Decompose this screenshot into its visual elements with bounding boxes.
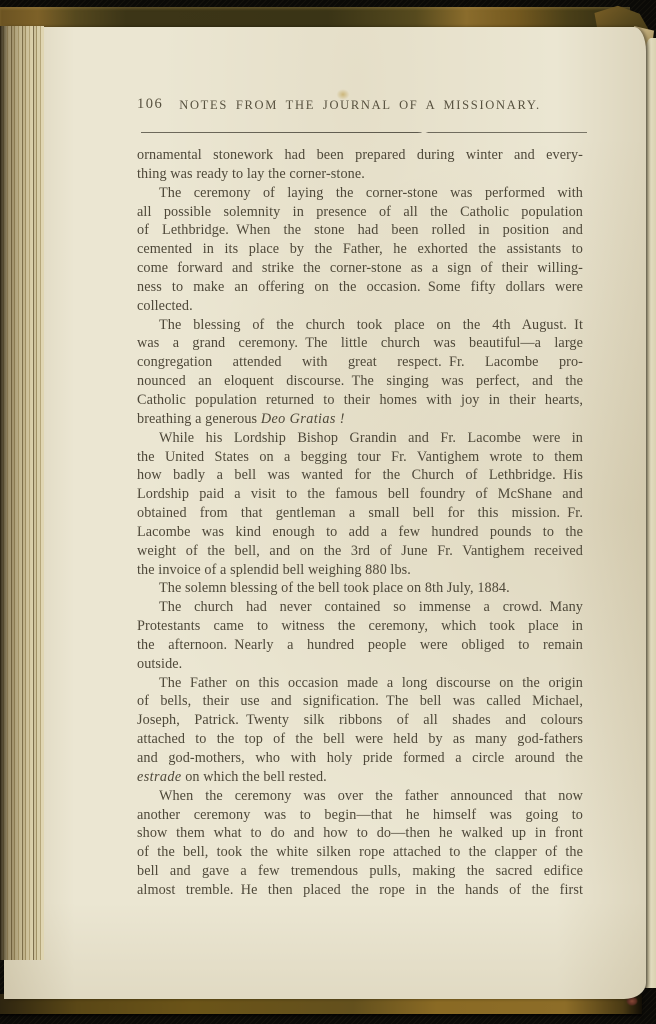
text-line: attached to the top of the bell were hel… (137, 730, 583, 749)
running-header-title: NOTES FROM THE JOURNAL OF A MISSIONARY. (137, 98, 583, 113)
text-line: thing was ready to lay the corner-stone. (137, 165, 583, 184)
text-line: Joseph, Patrick. Twenty silk ribbons of … (137, 711, 583, 730)
text-line: The church had never contained so immens… (137, 598, 583, 617)
paragraph: While his Lordship Bishop Grandin and Fr… (137, 429, 583, 580)
text-line: of the bell, took the white silken rope … (137, 843, 583, 862)
text-line: almost tremble. He then placed the rope … (137, 881, 583, 900)
text-line: collected. (137, 297, 583, 316)
text-line: While his Lordship Bishop Grandin and Fr… (137, 429, 583, 448)
text-line: When the ceremony was over the father an… (137, 787, 583, 806)
text-line: cemented in its place by the Father, he … (137, 240, 583, 259)
text-line: was a grand ceremony. The little church … (137, 334, 583, 353)
text-line: Lacombe was kind enough to add a few hun… (137, 523, 583, 542)
paragraph: ornamental stonework had been prepared d… (137, 146, 583, 184)
paragraph: When the ceremony was over the father an… (137, 787, 583, 900)
text-line: and god-mothers, who with holy pride for… (137, 749, 583, 768)
paragraph: The church had never contained so immens… (137, 598, 583, 673)
text-line: Catholic population returned to their ho… (137, 391, 583, 410)
paragraph: The Father on this occasion made a long … (137, 674, 583, 787)
facing-page-fore-edge (645, 38, 656, 988)
text-line: congregation attended with great respect… (137, 353, 583, 372)
text-block: ornamental stonework had been prepared d… (137, 146, 583, 900)
text-line: of bells, their use and signification. T… (137, 692, 583, 711)
text-line: The blessing of the church took place on… (137, 316, 583, 335)
text-line: The ceremony of laying the corner-stone … (137, 184, 583, 203)
text-line: The solemn blessing of the bell took pla… (137, 579, 583, 598)
header-rule (141, 132, 587, 133)
text-line: the afternoon. Nearly a hundred people w… (137, 636, 583, 655)
paragraph: The blessing of the church took place on… (137, 316, 583, 429)
text-line: Lordship paid a visit to the famous bell… (137, 485, 583, 504)
text-line: of Lethbridge. When the stone had been r… (137, 221, 583, 240)
paragraph: The solemn blessing of the bell took pla… (137, 579, 583, 598)
text-line: outside. (137, 655, 583, 674)
page-edge-stack (0, 26, 44, 960)
scanned-page: 106 NOTES FROM THE JOURNAL OF A MISSIONA… (4, 27, 646, 999)
text-line: Protestants came to witness the ceremony… (137, 617, 583, 636)
text-line: all possible solemnity in presence of al… (137, 203, 583, 222)
book-scan: 106 NOTES FROM THE JOURNAL OF A MISSIONA… (0, 0, 656, 1024)
text-line: nounced an eloquent discourse. The singi… (137, 372, 583, 391)
text-line: bell and gave a few tremendous pulls, ma… (137, 862, 583, 881)
running-header-row: 106 NOTES FROM THE JOURNAL OF A MISSIONA… (137, 96, 583, 114)
text-line: the invoice of a splendid bell weighing … (137, 561, 583, 580)
text-line: estrade on which the bell rested. (137, 768, 583, 787)
text-line: ornamental stonework had been prepared d… (137, 146, 583, 165)
text-line: breathing a generous Deo Gratias ! (137, 410, 583, 429)
text-line: how badly a bell was wanted for the Chur… (137, 466, 583, 485)
paragraph: The ceremony of laying the corner-stone … (137, 184, 583, 316)
text-line: the United States on a begging tour Fr. … (137, 448, 583, 467)
text-line: ness to make an offering on the occasion… (137, 278, 583, 297)
text-line: obtained from that gentleman a small bel… (137, 504, 583, 523)
text-line: The Father on this occasion made a long … (137, 674, 583, 693)
text-line: weight of the bell, and on the 3rd of Ju… (137, 542, 583, 561)
text-line: show them what to do and how to do—then … (137, 824, 583, 843)
text-line: come forward and strike the corner-stone… (137, 259, 583, 278)
text-line: another ceremony was to begin—that he hi… (137, 806, 583, 825)
